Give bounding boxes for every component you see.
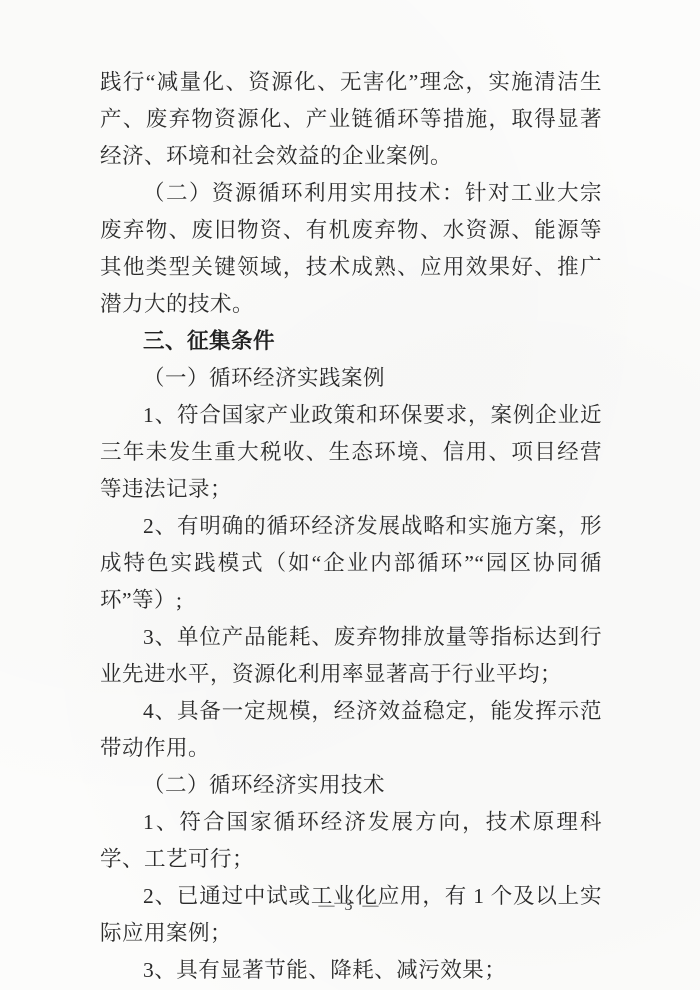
tech-list-item-1: 1、符合国家循环经济发展方向，技术原理科学、工艺可行； xyxy=(100,804,602,878)
list-item-2: 2、有明确的循环经济发展战略和实施方案，形成特色实践模式（如“企业内部循环”“园… xyxy=(100,508,602,619)
document-body: 践行“减量化、资源化、无害化”理念，实施清洁生产、废弃物资源化、产业链循环等措施… xyxy=(100,64,602,989)
page-number: — 3 — xyxy=(0,897,700,915)
paragraph-continuation: 践行“减量化、资源化、无害化”理念，实施清洁生产、废弃物资源化、产业链循环等措施… xyxy=(100,64,602,175)
document-page: 践行“减量化、资源化、无害化”理念，实施清洁生产、废弃物资源化、产业链循环等措施… xyxy=(0,0,700,990)
list-item-3: 3、单位产品能耗、废弃物排放量等指标达到行业先进水平，资源化利用率显著高于行业平… xyxy=(100,619,602,693)
subsection-heading-practical-tech: （二）循环经济实用技术 xyxy=(100,767,602,804)
subsection-heading-practice-cases: （一）循环经济实践案例 xyxy=(100,360,602,397)
list-item-1: 1、符合国家产业政策和环保要求，案例企业近三年未发生重大税收、生态环境、信用、项… xyxy=(100,397,602,508)
paragraph-section-2-tech: （二）资源循环利用实用技术：针对工业大宗废弃物、废旧物资、有机废弃物、水资源、能… xyxy=(100,175,602,323)
tech-list-item-3: 3、具有显著节能、降耗、减污效果； xyxy=(100,952,602,989)
list-item-4: 4、具备一定规模，经济效益稳定，能发挥示范带动作用。 xyxy=(100,693,602,767)
tech-list-item-2: 2、已通过中试或工业化应用，有 1 个及以上实际应用案例； xyxy=(100,878,602,952)
section-heading-collection-conditions: 三、征集条件 xyxy=(100,323,602,360)
